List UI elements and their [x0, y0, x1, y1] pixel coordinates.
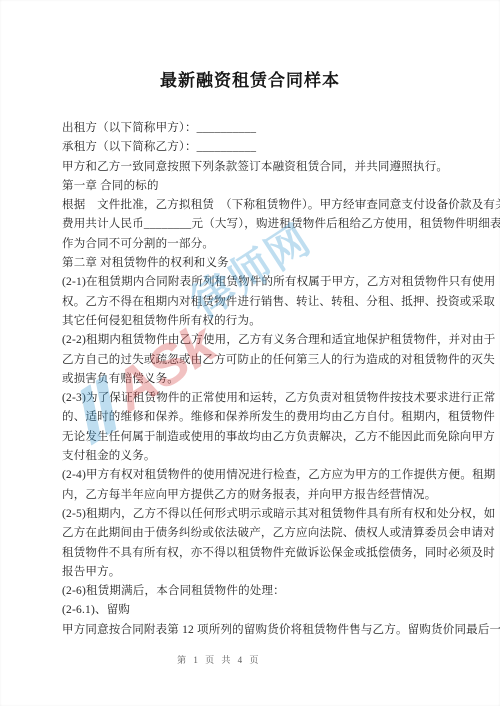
- contract-line: (2-1)在租赁期内合同附表所列租赁物件的所有权属于甲方，乙方对租赁物件只有使用: [62, 273, 448, 292]
- contract-line: 乙方在此期间由于债务纠纷或依法破产，乙方应向法院、债权人或清算委员会申请对: [62, 524, 448, 543]
- contract-line: 第二章 对租赁物件的权利和义务: [62, 254, 448, 273]
- contract-line: 的、适时的维修和保养。维修和保养所发生的费用均由乙方自付。租期内，租赁物件: [62, 408, 448, 427]
- contract-line: 甲方同意按合同附表第 12 项所列的留购货价将租赁物件售与乙方。留购货价同最后一: [62, 621, 448, 640]
- contract-line: 报告甲方。: [62, 563, 448, 582]
- contract-line: 或损害负有赔偿义务。: [62, 370, 448, 389]
- contract-line: 支付租金的义务。: [62, 447, 448, 466]
- contract-line: 内，乙方每半年应向甲方提供乙方的财务报表，并向甲方报告经营情况。: [62, 486, 448, 505]
- contract-line: (2-3)为了保证租赁物件的正常使用和运转，乙方负责对租赁物件按技术要求进行正常: [62, 389, 448, 408]
- contract-line: (2-6.1)、留购: [62, 601, 448, 620]
- document-title: 最新融资租赁合同样本: [0, 66, 500, 91]
- contract-line: 租赁物件不具有所有权，亦不得以租赁物件充做诉讼保金或抵偿债务，同时必须及时: [62, 544, 448, 563]
- contract-line: (2-2)租期内租赁物件由乙方使用，乙方有义务合理和适宜地保护租赁物件，并对由于: [62, 331, 448, 350]
- contract-line: (2-6)租赁期满后，本合同租赁物件的处理：: [62, 582, 448, 601]
- contract-line: 出租方（以下简称甲方）：__________: [62, 119, 448, 138]
- contract-line: 其它任何侵犯租赁物件所有权的行为。: [62, 312, 448, 331]
- contract-line: 作为合同不可分割的一部分。: [62, 235, 448, 254]
- contract-page: 最新融资租赁合同样本 出租方（以下简称甲方）：__________ 承租方（以下…: [0, 0, 500, 706]
- contract-line: 第一章 合同的标的: [62, 177, 448, 196]
- contract-line: 费用共计人民币________元（大写），购进租赁物件后租给乙方使用，租赁物件明…: [62, 215, 448, 234]
- contract-line: (2-4)甲方有权对租赁物件的使用情况进行检查，乙方应为甲方的工作提供方便。租期: [62, 466, 448, 485]
- contract-line: 根据 文件批准，乙方拟租赁 （下称租赁物件）。甲方经审查同意支付设备价款及有关: [62, 196, 448, 215]
- page-number: 第 1 页 共 4 页: [0, 653, 438, 666]
- contract-line: 甲方和乙方一致同意按照下列条款签订本融资租赁合同，并共同遵照执行。: [62, 158, 448, 177]
- contract-line: 权。乙方不得在租期内对租赁物件进行销售、转让、转租、分租、抵押、投资或采取: [62, 293, 448, 312]
- contract-body: 出租方（以下简称甲方）：__________ 承租方（以下简称乙方）：_____…: [62, 119, 448, 640]
- contract-line: (2-5)租期内，乙方不得以任何形式明示或暗示其对租赁物件具有所有权和处分权，如: [62, 505, 448, 524]
- contract-line: 承租方（以下简称乙方）：__________: [62, 138, 448, 157]
- contract-line: 乙方自己的过失或疏忽或由乙方可防止的任何第三人的行为造成的对租赁物件的灭失: [62, 351, 448, 370]
- contract-line: 无论发生任何属于制造或使用的事故均由乙方负责解决，乙方不能因此而免除向甲方: [62, 428, 448, 447]
